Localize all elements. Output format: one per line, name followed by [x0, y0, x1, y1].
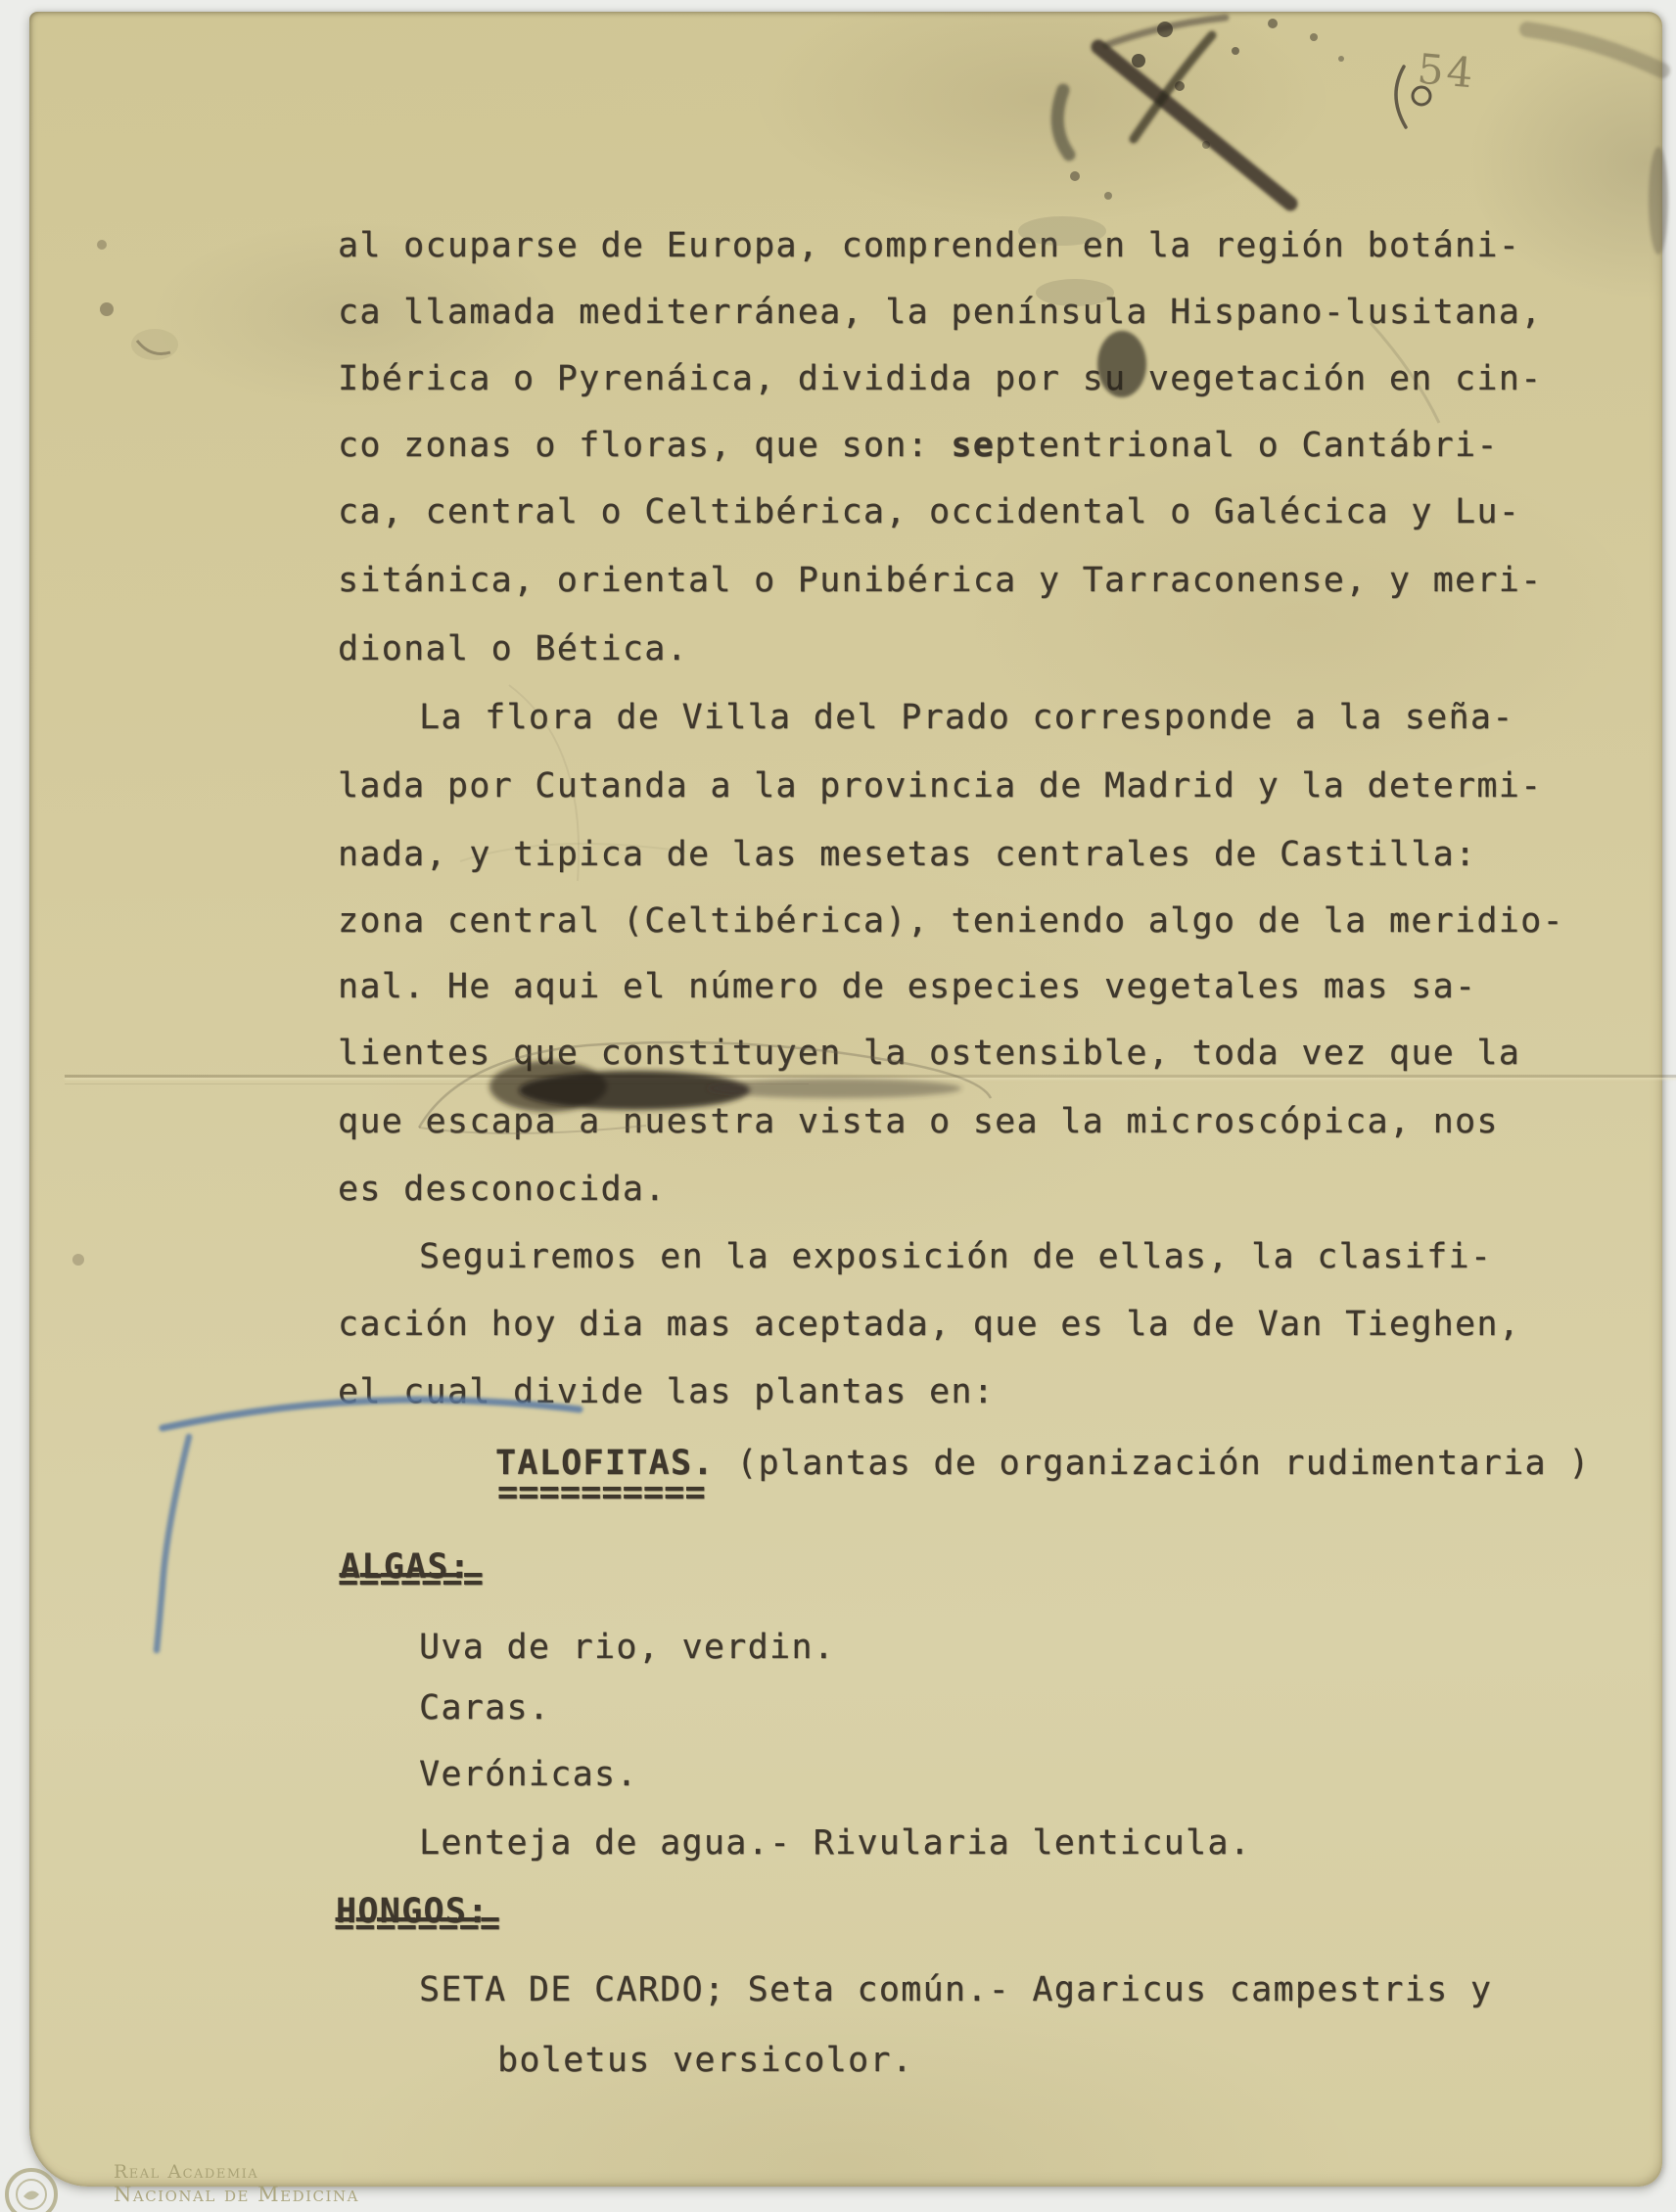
text-line: La flora de Villa del Prado corresponde …	[419, 701, 1514, 735]
text-line: ==========	[497, 1476, 706, 1510]
text-line: Uva de rio, verdin.	[419, 1631, 835, 1665]
watermark-line2: Nacional de Medicina	[114, 2183, 359, 2206]
text-line: Ibérica o Pyrenáica, dividida por su veg…	[338, 362, 1542, 396]
text-line: ca, central o Celtibérica, occidental o …	[338, 495, 1520, 530]
text-line: co zonas o floras, que son: septentriona…	[338, 429, 1499, 463]
text-line: Lenteja de agua.- Rivularia lenticula.	[419, 1826, 1251, 1861]
archive-watermark: Real Academia Nacional de Medicina	[0, 2157, 411, 2212]
text-line: al ocuparse de Europa, comprenden en la …	[338, 229, 1520, 263]
typewritten-text: al ocuparse de Europa, comprenden en la …	[29, 12, 1662, 2187]
text-line: nada, y tipica de las mesetas centrales …	[338, 838, 1476, 872]
text-line: lada por Cutanda a la provincia de Madri…	[338, 769, 1542, 804]
scanned-page: al ocuparse de Europa, comprenden en la …	[0, 0, 1676, 2212]
text-line: que escapa a nuestra vista o sea la micr…	[338, 1105, 1499, 1139]
text-line: lientes que constituyen la ostensible, t…	[338, 1037, 1520, 1071]
watermark-line1: Real Academia	[114, 2161, 258, 2183]
text-line: =======	[338, 1562, 484, 1596]
text-line: zona central (Celtibérica), teniendo alg…	[338, 904, 1564, 939]
text-line: cación hoy dia mas aceptada, que es la d…	[338, 1308, 1520, 1342]
text-line: dional o Bética.	[338, 632, 688, 667]
text-line: el cual divide las plantas en:	[338, 1375, 995, 1409]
text-line: ca llamada mediterránea, la península Hi…	[338, 296, 1542, 330]
text-line: ========	[334, 1907, 500, 1941]
text-line: Caras.	[419, 1691, 550, 1726]
text-line: SETA DE CARDO; Seta común.- Agaricus cam…	[419, 1973, 1492, 2007]
text-line: boletus versicolor.	[497, 2044, 913, 2078]
handwritten-page-number: 54	[1416, 45, 1477, 98]
paper-sheet: al ocuparse de Europa, comprenden en la …	[29, 12, 1662, 2187]
text-line: nal. He aqui el número de especies veget…	[338, 970, 1476, 1004]
text-line: es desconocida.	[338, 1173, 667, 1207]
watermark-seal-icon	[2, 2161, 65, 2212]
text-line: sitánica, oriental o Punibérica y Tarrac…	[338, 564, 1542, 598]
text-line: Verónicas.	[419, 1758, 638, 1792]
text-line: Seguiremos en la exposición de ellas, la…	[419, 1240, 1492, 1274]
